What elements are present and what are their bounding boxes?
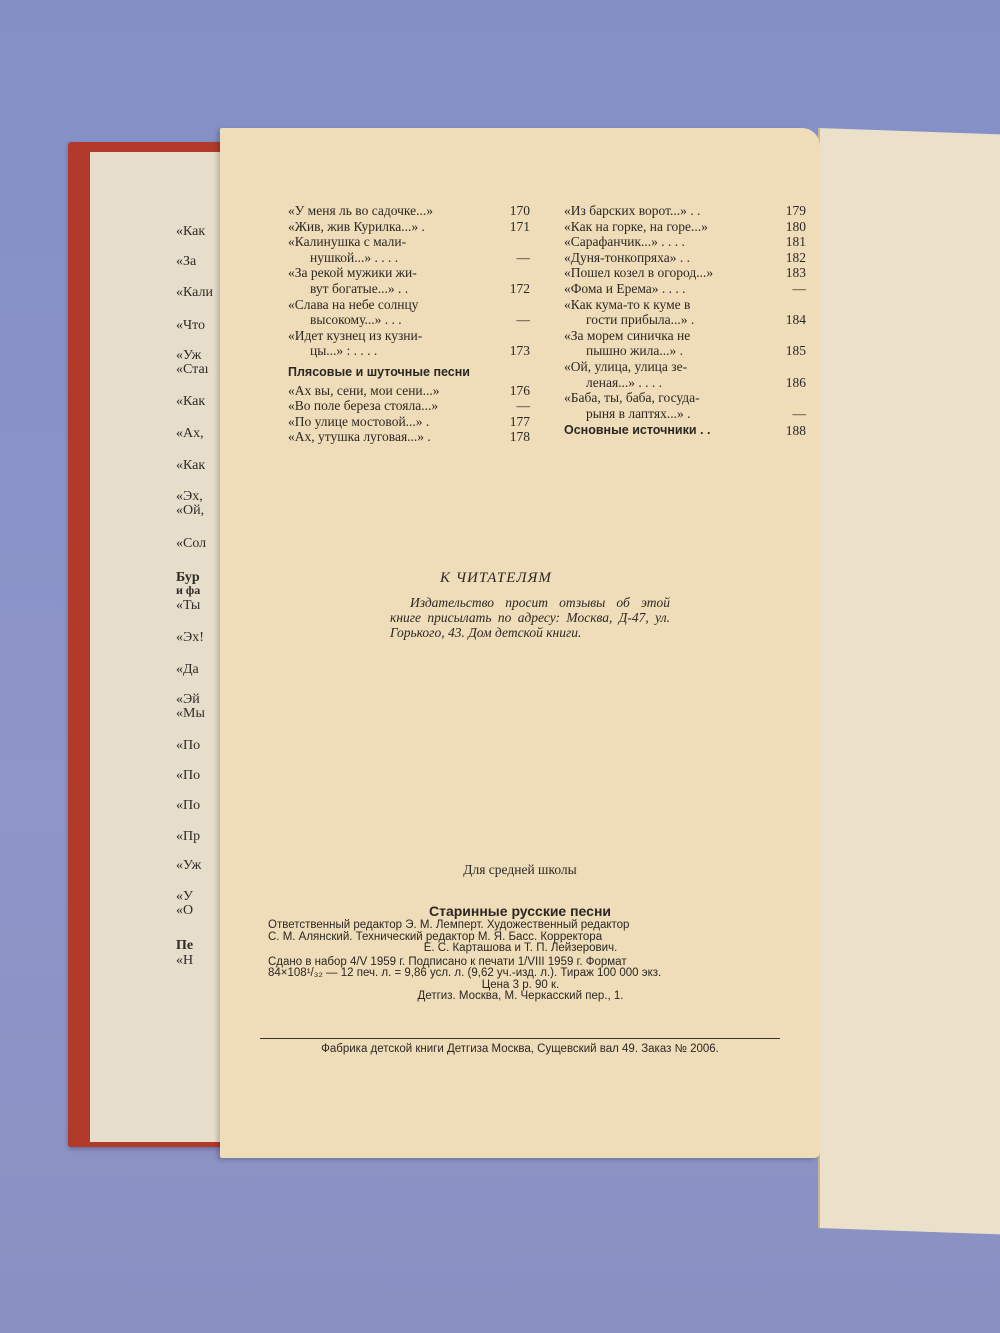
toc-title-cont: рыня в лаптях...» .: [564, 406, 772, 422]
left-fragment: «Эй: [176, 692, 200, 707]
left-fragment: «Пр: [176, 829, 200, 844]
toc-entry: «Дуня-тонкопряха» . .182: [564, 250, 806, 266]
left-fragment: «Что: [176, 318, 205, 333]
toc-title: «Ах вы, сени, мои сени...»: [288, 383, 496, 399]
toc-title-cont: высокому...» . . .: [288, 312, 496, 328]
toc-title-cont: леная...» . . . .: [564, 375, 772, 391]
toc-entry: «По улице мостовой...» .177: [288, 414, 530, 430]
toc-entry: «Во поле береза стояла...»—: [288, 398, 530, 414]
printer-info: Фабрика детской книги Детгиза Москва, Су…: [260, 1043, 780, 1055]
toc-entry: «Баба, ты, баба, госуда-рыня в лаптях...…: [564, 390, 806, 421]
toc-page: —: [772, 281, 806, 297]
left-fragment: «По: [176, 768, 200, 783]
left-fragment: «У: [176, 889, 193, 904]
toc-title: «Из барских ворот...» . .: [564, 203, 772, 219]
toc-entry: «Ах, утушка луговая...» .178: [288, 429, 530, 445]
readers-notice: К ЧИТАТЕЛЯМ Издательство просит отзывы о…: [390, 570, 670, 640]
left-fragment: «Ах,: [176, 426, 204, 441]
toc-title: «По улице мостовой...» .: [288, 414, 496, 430]
left-fragment: «Уж: [176, 348, 201, 363]
left-fragment: «Эх!: [176, 630, 204, 645]
toc-page: 181: [772, 234, 806, 250]
readers-text: Издательство просит отзывы об этой книге…: [390, 595, 670, 640]
book-title: Старинные русские песни: [220, 903, 820, 919]
toc-title: «За морем синичка не: [564, 328, 690, 343]
imprint-line: Е. С. Карташова и Т. П. Лейзерович.: [268, 943, 773, 955]
toc-entry: «Идет кузнец из кузни-цы...» : . . . .17…: [288, 328, 530, 359]
toc-title: «Пошел козел в огород...»: [564, 265, 772, 281]
toc-page: 188: [786, 423, 806, 439]
toc-title: «Баба, ты, баба, госуда-: [564, 390, 700, 405]
toc-title-cont: нушкой...» . . . .: [288, 250, 496, 266]
left-fragment: «Сол: [176, 536, 206, 551]
toc-page: 183: [772, 265, 806, 281]
toc-entry: «Фома и Ерема» . . . .—: [564, 281, 806, 297]
left-fragment: «Стаı: [176, 362, 209, 377]
toc-page: 178: [496, 429, 530, 445]
left-fragment: «Н: [176, 953, 193, 968]
audience-label: Для средней школы: [220, 862, 820, 878]
left-fragment: «За: [176, 254, 196, 269]
toc-page: 184: [772, 312, 806, 328]
left-fragment: «Уж: [176, 858, 201, 873]
left-fragment: и фа: [176, 583, 200, 598]
left-fragment: «Да: [176, 662, 199, 677]
imprint-credits: Ответственный редактор Э. М. Лемперт. Ху…: [268, 920, 773, 1003]
toc-entry: «Ах вы, сени, мои сени...»176: [288, 383, 530, 399]
toc-page: 180: [772, 219, 806, 235]
toc-page: 182: [772, 250, 806, 266]
toc-title-cont: пышно жила...» .: [564, 343, 772, 359]
toc-title-cont: гости прибыла...» .: [564, 312, 772, 328]
toc-page: 173: [496, 343, 530, 359]
toc-column-left: «У меня ль во садочке...»170 «Жив, жив К…: [288, 203, 530, 445]
readers-heading: К ЧИТАТЕЛЯМ: [440, 570, 670, 587]
toc-page: 179: [772, 203, 806, 219]
toc-entry: «Ой, улица, улица зе-леная...» . . . .18…: [564, 359, 806, 390]
toc-entry: «За рекой мужики жи-вут богатые...» . .1…: [288, 265, 530, 296]
toc-title: «Как на горке, на горе...»: [564, 219, 772, 235]
toc-title: «Как кума-то к куме в: [564, 297, 690, 312]
toc-title: «Ой, улица, улица зе-: [564, 359, 687, 374]
left-fragment: «Ой,: [176, 503, 204, 518]
toc-title: Основные источники . .: [564, 423, 710, 439]
toc-entry: «У меня ль во садочке...»170: [288, 203, 530, 219]
toc-title: «Фома и Ерема» . . . .: [564, 281, 772, 297]
toc-title: «Во поле береза стояла...»: [288, 398, 496, 414]
imprint-line: 84×108¹/₃₂ — 12 печ. л. = 9,86 усл. л. (…: [268, 968, 773, 980]
right-facing-page: [818, 128, 1000, 1235]
toc-column-right: «Из барских ворот...» . .179 «Как на гор…: [564, 203, 806, 441]
toc-title: «Сарафанчик...» . . . .: [564, 234, 772, 250]
left-fragment: «Как: [176, 458, 205, 473]
toc-page: 172: [496, 281, 530, 297]
toc-entry: «Слава на небе солнцувысокому...» . . .—: [288, 297, 530, 328]
toc-title: «Ах, утушка луговая...» .: [288, 429, 496, 445]
left-fragment: «Как: [176, 224, 205, 239]
toc-title: «Дуня-тонкопряха» . .: [564, 250, 772, 266]
toc-title: «Идет кузнец из кузни-: [288, 328, 422, 343]
toc-entry: «Сарафанчик...» . . . .181: [564, 234, 806, 250]
left-fragment: «Ты: [176, 598, 200, 613]
readers-text-body: Издательство просит отзывы об этой книге…: [390, 595, 670, 640]
left-fragment: «О: [176, 903, 193, 918]
toc-entry: «Пошел козел в огород...»183: [564, 265, 806, 281]
left-fragment: «Мы: [176, 706, 205, 721]
toc-page: —: [496, 250, 530, 266]
divider-rule: [260, 1038, 780, 1039]
imprint-line: Детгиз. Москва, М. Черкасский пер., 1.: [268, 991, 773, 1003]
toc-title: «Калинушка с мали-: [288, 234, 406, 249]
toc-page: —: [772, 406, 806, 422]
imprint-line: Ответственный редактор Э. М. Лемперт. Ху…: [268, 920, 773, 932]
left-fragment: «Как: [176, 394, 205, 409]
toc-page: 186: [772, 375, 806, 391]
toc-section-heading: Плясовые и шуточные песни: [288, 365, 530, 381]
toc-entry: «Калинушка с мали-нушкой...» . . . .—: [288, 234, 530, 265]
toc-entry: «Из барских ворот...» . .179: [564, 203, 806, 219]
toc-page: —: [496, 398, 530, 414]
toc-entry: «Как на горке, на горе...»180: [564, 219, 806, 235]
left-fragment: «По: [176, 798, 200, 813]
toc-page: 177: [496, 414, 530, 430]
left-fragment: «По: [176, 738, 200, 753]
toc-title: «За рекой мужики жи-: [288, 265, 417, 280]
toc-entry: «Жив, жив Курилка...» .171: [288, 219, 530, 235]
toc-entry: «Как кума-то к куме вгости прибыла...» .…: [564, 297, 806, 328]
toc-page: 185: [772, 343, 806, 359]
toc-entry: «За морем синичка непышно жила...» .185: [564, 328, 806, 359]
toc-sources-entry: Основные источники . .188: [564, 423, 806, 439]
toc-title-cont: вут богатые...» . .: [288, 281, 496, 297]
toc-title: «Слава на небе солнцу: [288, 297, 418, 312]
left-fragment: Пе: [176, 938, 193, 953]
toc-title: «Жив, жив Курилка...» .: [288, 219, 425, 234]
left-fragment: «Кали: [176, 285, 213, 300]
toc-title-cont: цы...» : . . . .: [288, 343, 496, 359]
left-fragment: «Эх,: [176, 489, 203, 504]
toc-title: «У меня ль во садочке...»: [288, 203, 433, 218]
book-page: «У меня ль во садочке...»170 «Жив, жив К…: [220, 128, 820, 1158]
toc-page: —: [496, 312, 530, 328]
toc-page: 176: [496, 383, 530, 399]
toc-page: 170: [496, 203, 530, 219]
toc-page: 171: [496, 219, 530, 235]
